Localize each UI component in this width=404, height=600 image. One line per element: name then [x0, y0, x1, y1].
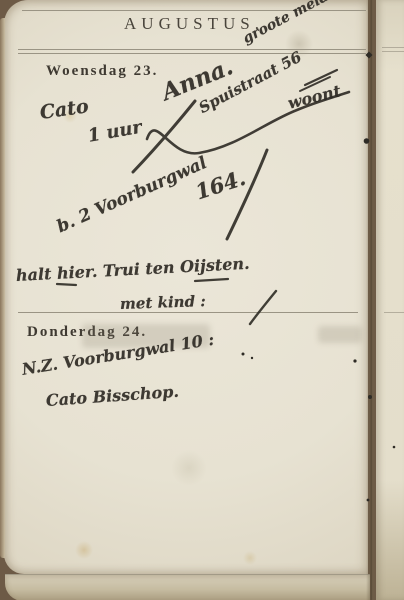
page-left-edge	[0, 18, 5, 558]
adjacent-page-divider-fragment	[384, 312, 404, 313]
page-gutter-crease	[366, 0, 376, 600]
adjacent-page-rule-top	[382, 47, 404, 48]
header-double-rule-bottom	[18, 53, 366, 54]
header-double-rule-top	[18, 49, 366, 50]
underlying-pages-bottom-edge	[5, 574, 370, 600]
day-label-woensdag-23: Woensdag 23.	[46, 63, 158, 80]
adjacent-page-rule-bottom	[382, 51, 404, 52]
diary-page-scan: AUGUSTUS. Woensdag 23. Donderdag 24. gro…	[0, 0, 404, 600]
month-header: AUGUSTUS.	[22, 14, 366, 34]
show-through-ghost-text	[318, 326, 362, 343]
adjacent-page-strip	[376, 0, 404, 600]
section-divider-rule	[18, 312, 358, 313]
handwritten-note-met-kind: met kind :	[120, 292, 206, 313]
